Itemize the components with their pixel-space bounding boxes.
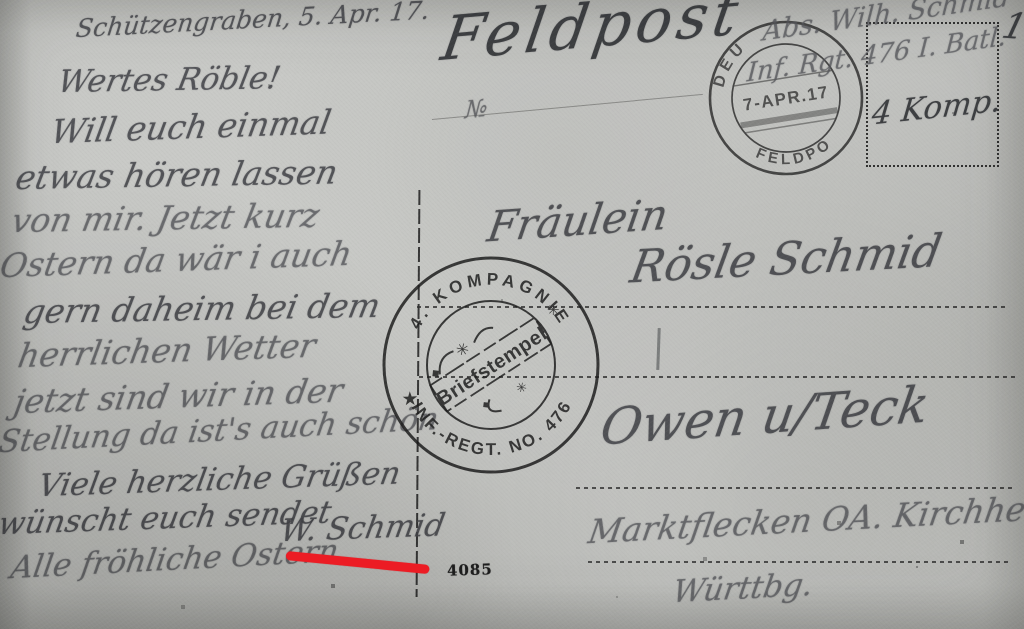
ornament-diamond-top — [432, 370, 439, 377]
print-number: 4085 — [447, 560, 493, 580]
message-line: gern daheim bei dem — [20, 286, 383, 331]
address-rule-4 — [588, 561, 1012, 563]
message-line: etwas hören lassen — [12, 152, 341, 197]
message-dateline: Schützengraben, 5. Apr. 17. — [74, 0, 431, 43]
message-salutation: Wertes Röble! — [55, 60, 284, 100]
unit-stamp-star-right: ✳ — [547, 302, 560, 319]
numero-mark: № — [464, 94, 489, 125]
paper-speckles — [0, 0, 2, 2]
feldpost-postcard-scan: Schützengraben, 5. Apr. 17. Wertes Röble… — [0, 0, 1024, 629]
pencil-tick — [656, 328, 660, 370]
ornament-diamond-bottom — [483, 402, 489, 408]
ornament-swirl-top-right — [471, 325, 494, 343]
unit-stamp: 4. KOMPAGNIE INF.-REGT. NO. 476 ★ ✳ Brie… — [371, 245, 611, 485]
address-town: Owen u/Teck — [597, 375, 933, 457]
address-district: Marktflecken OA. Kirchheim — [586, 487, 1024, 551]
message-line: Ostern da wär i auch — [0, 234, 355, 286]
ornament-star-bottom: ✳ — [513, 378, 530, 397]
ornament-star-top: ✳ — [453, 339, 474, 361]
unit-stamp-arc-bottom-text: INF.-REGT. NO. 476 — [408, 397, 576, 460]
address-region: Württbg. — [670, 567, 815, 611]
message-line: Will euch einmal — [48, 102, 334, 151]
address-rule-3 — [576, 487, 1014, 489]
briefstempel-text: Briefstempel — [433, 323, 552, 411]
message-line: herrlichen Wetter — [15, 326, 319, 376]
postmark-arc-bottom-text: FELDPO — [751, 133, 838, 174]
address-name: Rösle Schmid — [627, 224, 946, 294]
message-line: Viele herzliche Grüßen — [36, 455, 404, 504]
message-line: von mir. Jetzt kurz — [8, 196, 322, 240]
